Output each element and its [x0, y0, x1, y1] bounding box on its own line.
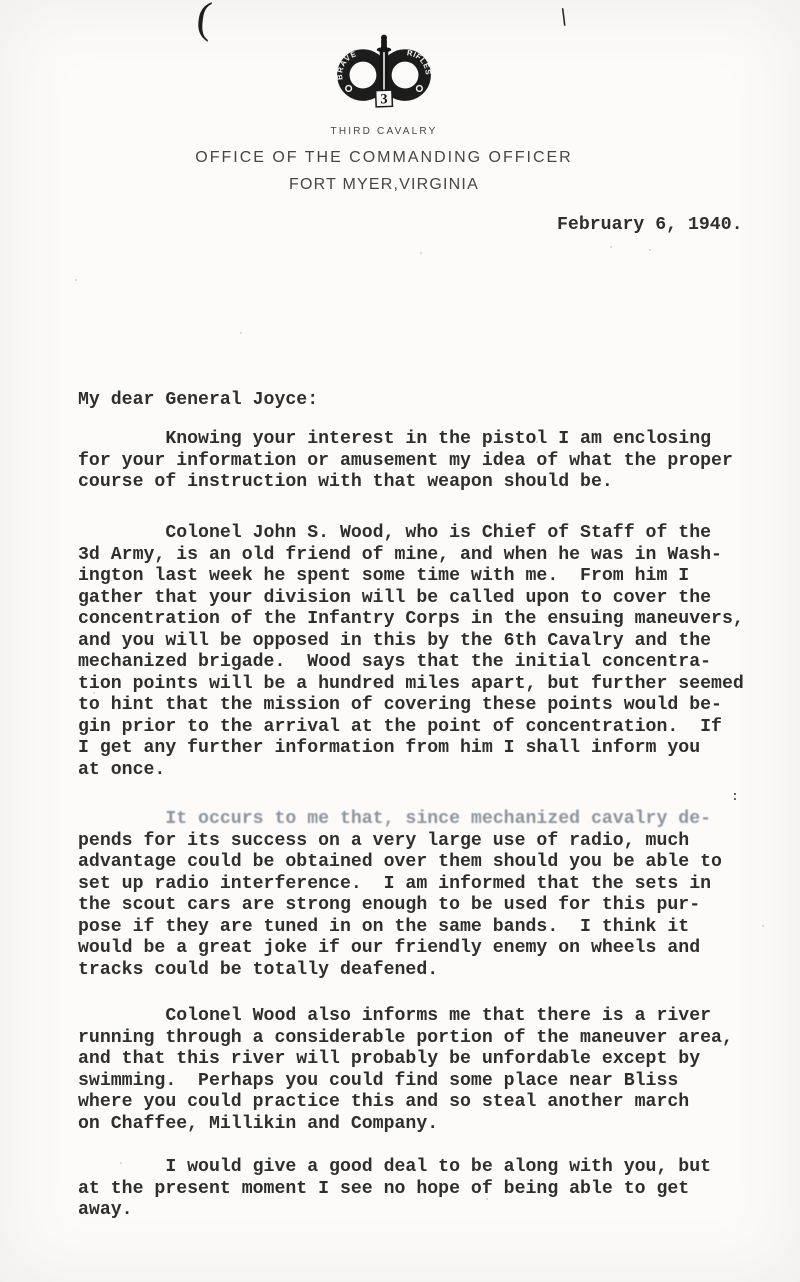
paragraph-closing: I would give a good deal to be along wit… [78, 1157, 711, 1222]
paragraph-radio-interference: It occurs to me that, since mechanized c… [78, 809, 722, 981]
scan-speck [420, 252, 422, 254]
salutation: My dear General Joyce: [78, 390, 318, 412]
letterhead-location: FORT MYER,VIRGINIA [0, 176, 768, 194]
scan-speck [93, 692, 95, 694]
scan-speck [536, 441, 538, 443]
brave-rifles-insignia-icon: BRAVE RIFLES 3 [336, 32, 432, 120]
paragraph-radio-interference-rest: pends for its success on a very large us… [78, 831, 722, 980]
pen-mark-parenthesis: ( [194, 0, 214, 44]
letter-page: { "colors": { "paper": "#fcfbfa", "typew… [0, 0, 800, 1282]
scan-speck [240, 332, 242, 334]
paragraph-pistol-instruction: Knowing your interest in the pistol I am… [78, 429, 733, 494]
scan-speck [762, 925, 764, 927]
letterhead-unit: THIRD CAVALRY [0, 126, 768, 137]
scan-speck [649, 249, 651, 251]
scan-speck [610, 246, 612, 248]
letterhead-office: OFFICE OF THE COMMANDING OFFICER [0, 149, 768, 167]
faded-line: It occurs to me that, since mechanized c… [78, 809, 711, 829]
pen-mark-tick: \ [557, 4, 570, 33]
letter-date: February 6, 1940. [557, 215, 743, 237]
crest-numeral: 3 [380, 92, 387, 108]
margin-colon-mark: : [731, 789, 739, 804]
third-cavalry-crest-icon: BRAVE RIFLES 3 [336, 32, 432, 120]
paragraph-river-swimming: Colonel Wood also informs me that there … [78, 1006, 733, 1135]
scan-speck [486, 1198, 488, 1200]
scan-speck [120, 1162, 122, 1164]
paragraph-colonel-wood-maneuvers: Colonel John S. Wood, who is Chief of St… [78, 523, 744, 781]
scan-speck [75, 279, 77, 281]
